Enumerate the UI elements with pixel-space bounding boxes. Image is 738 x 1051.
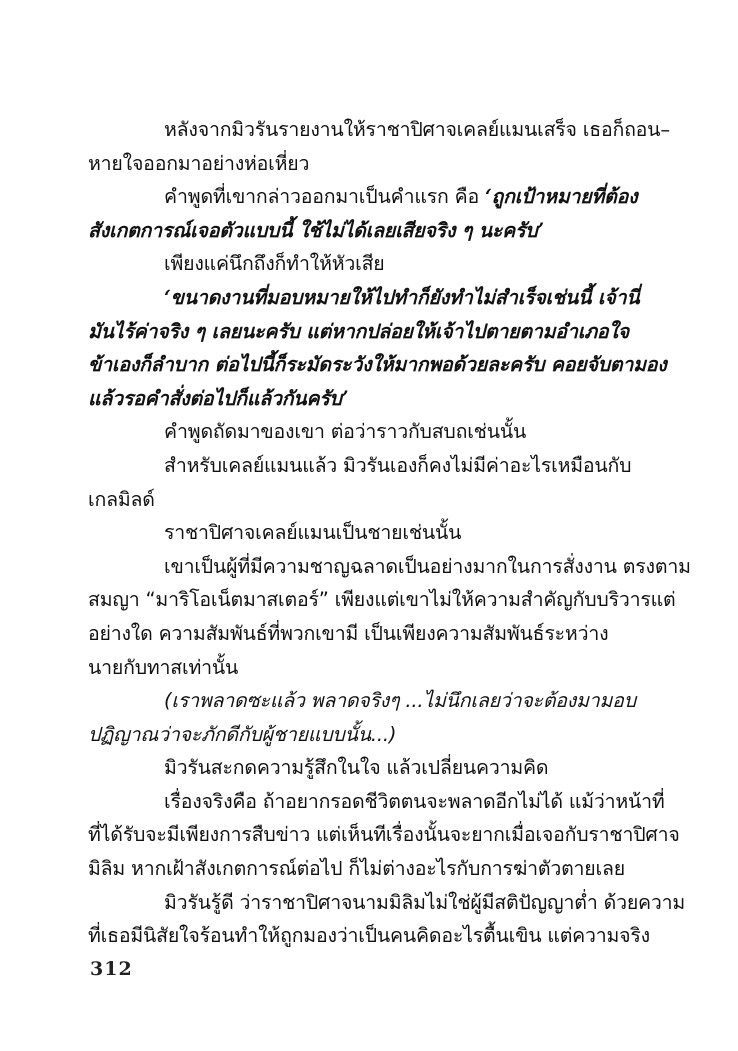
line-text: สมญา “มาริโอเน็ตมาสเตอร์” เพียงแต่เขาไม่…: [88, 588, 676, 611]
line-text: แล้วรอคำสั่งต่อไปก็แล้วกันครับ’: [88, 387, 348, 410]
quote-line: สังเกตการณ์เจอตัวแบบนี้ ใช้ไม่ได้เลยเสีย…: [88, 214, 652, 248]
line-text: เรื่องจริงคือ ถ้าอยากรอดชีวิตตนจะพลาดอีก…: [164, 790, 665, 813]
text-line: หายใจออกมาอย่างห่อเหี่ยว: [88, 147, 652, 181]
text-line: ที่ได้รับจะมีเพียงการสืบข่าว แต่เห็นทีเร…: [88, 818, 652, 852]
book-page: หลังจากมิวรันรายงานให้ราชาปิศาจเคลย์แมนเ…: [0, 0, 738, 1051]
line-text: หายใจออกมาอย่างห่อเหี่ยว: [88, 152, 309, 175]
line-text: เพียงแค่นึกถึงก็ทำให้หัวเสีย: [164, 252, 385, 275]
line-text: นายกับทาสเท่านั้น: [88, 656, 238, 679]
line-text: คำพูดถัดมาของเขา ต่อว่าราวกับสบถเช่นนั้น: [164, 420, 526, 443]
text-line: มิวรันสะกดความรู้สึกในใจ แล้วเปลี่ยนความ…: [88, 751, 652, 785]
text-line: ราชาปิศาจเคลย์แมนเป็นชายเช่นนั้น: [88, 516, 652, 550]
line-text: ข้าเองก็ลำบาก ต่อไปนี้ก็ระมัดระวังให้มาก…: [88, 353, 667, 376]
line-text: สังเกตการณ์เจอตัวแบบนี้ ใช้ไม่ได้เลยเสีย…: [88, 219, 544, 242]
text-line: เพียงแค่นึกถึงก็ทำให้หัวเสีย: [88, 247, 652, 281]
quote-line: ข้าเองก็ลำบาก ต่อไปนี้ก็ระมัดระวังให้มาก…: [88, 348, 652, 382]
line-text: หลังจากมิวรันรายงานให้ราชาปิศาจเคลย์แมนเ…: [164, 118, 670, 141]
quote-line: มันไร้ค่าจริง ๆ เลยนะครับ แต่หากปล่อยให้…: [88, 315, 652, 349]
text-line: หลังจากมิวรันรายงานให้ราชาปิศาจเคลย์แมนเ…: [88, 113, 652, 147]
text-line: ที่เธอมีนิสัยใจร้อนทำให้ถูกมองว่าเป็นคนค…: [88, 919, 652, 953]
text-line: คำพูดถัดมาของเขา ต่อว่าราวกับสบถเช่นนั้น: [88, 415, 652, 449]
line-text: ปฏิญาณว่าจะภักดีกับผู้ชายแบบนั้น...): [88, 723, 396, 746]
text-line: มิวรันรู้ดี ว่าราชาปิศาจนามมิลิมไม่ใช่ผู…: [88, 886, 652, 920]
text-line: คำพูดที่เขากล่าวออกมาเป็นคำแรก คือ ‘ถูกเ…: [88, 180, 652, 214]
line-text: ‘ขนาดงานที่มอบหมายให้ไปทำก็ยังทำไม่สำเร็…: [164, 286, 639, 309]
body-text: หลังจากมิวรันรายงานให้ราชาปิศาจเคลย์แมนเ…: [88, 113, 652, 953]
line-text: ที่เธอมีนิสัยใจร้อนทำให้ถูกมองว่าเป็นคนค…: [88, 924, 650, 947]
text-line: มิลิม หากเฝ้าสังเกตการณ์ต่อไป ก็ไม่ต่างอ…: [88, 852, 652, 886]
quote-text: ‘ถูกเป้าหมายที่ต้อง: [485, 185, 637, 208]
line-text: มันไร้ค่าจริง ๆ เลยนะครับ แต่หากปล่อยให้…: [88, 320, 629, 343]
line-text: คำพูดที่เขากล่าวออกมาเป็นคำแรก คือ: [164, 185, 485, 208]
text-line: สำหรับเคลย์แมนแล้ว มิวรันเองก็คงไม่มีค่า…: [88, 449, 652, 483]
line-text: ราชาปิศาจเคลย์แมนเป็นชายเช่นนั้น: [164, 521, 461, 544]
text-line: นายกับทาสเท่านั้น: [88, 651, 652, 685]
line-text: มิวรันสะกดความรู้สึกในใจ แล้วเปลี่ยนความ…: [164, 756, 548, 779]
text-line: เรื่องจริงคือ ถ้าอยากรอดชีวิตตนจะพลาดอีก…: [88, 785, 652, 819]
quote-line: ‘ขนาดงานที่มอบหมายให้ไปทำก็ยังทำไม่สำเร็…: [88, 281, 652, 315]
thought-line: (เราพลาดซะแล้ว พลาดจริงๆ ...ไม่นึกเลยว่า…: [88, 684, 652, 718]
line-text: มิวรันรู้ดี ว่าราชาปิศาจนามมิลิมไม่ใช่ผู…: [164, 891, 685, 914]
page-number: 312: [90, 958, 133, 980]
text-line: เกลมิลด์: [88, 483, 652, 517]
line-text: มิลิม หากเฝ้าสังเกตการณ์ต่อไป ก็ไม่ต่างอ…: [88, 857, 625, 880]
line-text: สำหรับเคลย์แมนแล้ว มิวรันเองก็คงไม่มีค่า…: [164, 454, 631, 477]
line-text: อย่างใด ความสัมพันธ์ที่พวกเขามี เป็นเพีย…: [88, 622, 608, 645]
text-line: เขาเป็นผู้ที่มีความชาญฉลาดเป็นอย่างมากใน…: [88, 550, 652, 584]
quote-line: แล้วรอคำสั่งต่อไปก็แล้วกันครับ’: [88, 382, 652, 416]
thought-line: ปฏิญาณว่าจะภักดีกับผู้ชายแบบนั้น...): [88, 718, 652, 752]
line-text: ที่ได้รับจะมีเพียงการสืบข่าว แต่เห็นทีเร…: [88, 823, 680, 846]
line-text: (เราพลาดซะแล้ว พลาดจริงๆ ...ไม่นึกเลยว่า…: [164, 689, 636, 712]
line-text: เขาเป็นผู้ที่มีความชาญฉลาดเป็นอย่างมากใน…: [164, 555, 691, 578]
text-line: สมญา “มาริโอเน็ตมาสเตอร์” เพียงแต่เขาไม่…: [88, 583, 652, 617]
line-text: เกลมิลด์: [88, 488, 155, 511]
text-line: อย่างใด ความสัมพันธ์ที่พวกเขามี เป็นเพีย…: [88, 617, 652, 651]
